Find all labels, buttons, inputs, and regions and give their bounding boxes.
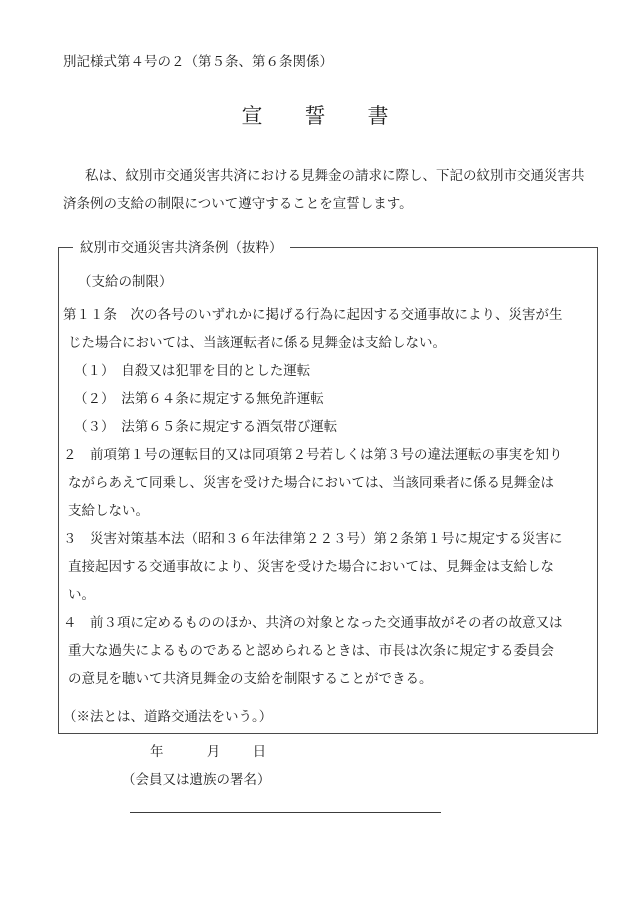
- ordinance-line: の意見を聴いて共済見舞金の支給を制限することができる。: [63, 665, 593, 693]
- day-label: 日: [253, 744, 267, 760]
- ordinance-line: （２） 法第６４条に規定する無免許運転: [63, 385, 593, 413]
- law-definition-note: （※法とは、道路交通法をいう。）: [63, 703, 593, 731]
- oath-document-page: 別記様式第４号の２（第５条、第６条関係） 宣 誓 書 私は、紋別市交通災害共済に…: [0, 0, 630, 903]
- document-title: 宣 誓 書: [0, 106, 630, 127]
- ordinance-line: （１） 自殺又は犯罪を目的とした運転: [63, 357, 593, 385]
- year-label: 年: [150, 744, 164, 760]
- ordinance-line: 重大な過失によるものであると認められるときは、市長は次条に規定する委員会: [63, 637, 593, 665]
- ordinance-line: ３ 災害対策基本法（昭和３６年法律第２２３号）第２条第１号に規定する災害に: [63, 525, 593, 553]
- form-number: 別記様式第４号の２（第５条、第６条関係）: [0, 0, 630, 72]
- excerpt-box-legend: 紋別市交通災害共済条例（抜粋）: [73, 238, 290, 258]
- signature-line: [130, 812, 441, 813]
- signature-label: （会員又は遺族の署名）: [122, 766, 630, 794]
- date-line: 年 月 日: [150, 738, 630, 766]
- month-label: 月: [207, 744, 221, 760]
- ordinance-line: 支給しない。: [63, 497, 593, 525]
- intro-line: 済条例の支給の制限について遵守することを宣誓します。: [63, 190, 567, 218]
- ordinance-excerpt-box: 紋別市交通災害共済条例（抜粋） （支給の制限） 第１１条 次の各号のいずれかに掲…: [58, 247, 598, 734]
- ordinance-line: （３） 法第６５条に規定する酒気帯び運転: [63, 413, 593, 441]
- payment-restriction-heading: （支給の制限）: [63, 268, 593, 296]
- ordinance-line: 第１１条 次の各号のいずれかに掲げる行為に起因する交通事故により、災害が生: [63, 301, 593, 329]
- ordinance-line: じた場合においては、当該運転者に係る見舞金は支給しない。: [63, 329, 593, 357]
- intro-paragraph: 私は、紋別市交通災害共済における見舞金の請求に際し、下記の紋別市交通災害共 済条…: [63, 162, 567, 218]
- ordinance-line: ４ 前３項に定めるもののほか、共済の対象となった交通事故がその者の故意又は: [63, 609, 593, 637]
- ordinance-line: ２ 前項第１号の運転目的又は同項第２号若しくは第３号の違法運転の事実を知り: [63, 441, 593, 469]
- ordinance-line: い。: [63, 581, 593, 609]
- ordinance-line: 直接起因する交通事故により、災害を受けた場合においては、見舞金は支給しな: [63, 553, 593, 581]
- intro-line: 私は、紋別市交通災害共済における見舞金の請求に際し、下記の紋別市交通災害共: [63, 162, 567, 190]
- ordinance-text: 第１１条 次の各号のいずれかに掲げる行為に起因する交通事故により、災害が生じた場…: [63, 301, 593, 693]
- ordinance-line: ながらあえて同乗し、災害を受けた場合においては、当該同乗者に係る見舞金は: [63, 469, 593, 497]
